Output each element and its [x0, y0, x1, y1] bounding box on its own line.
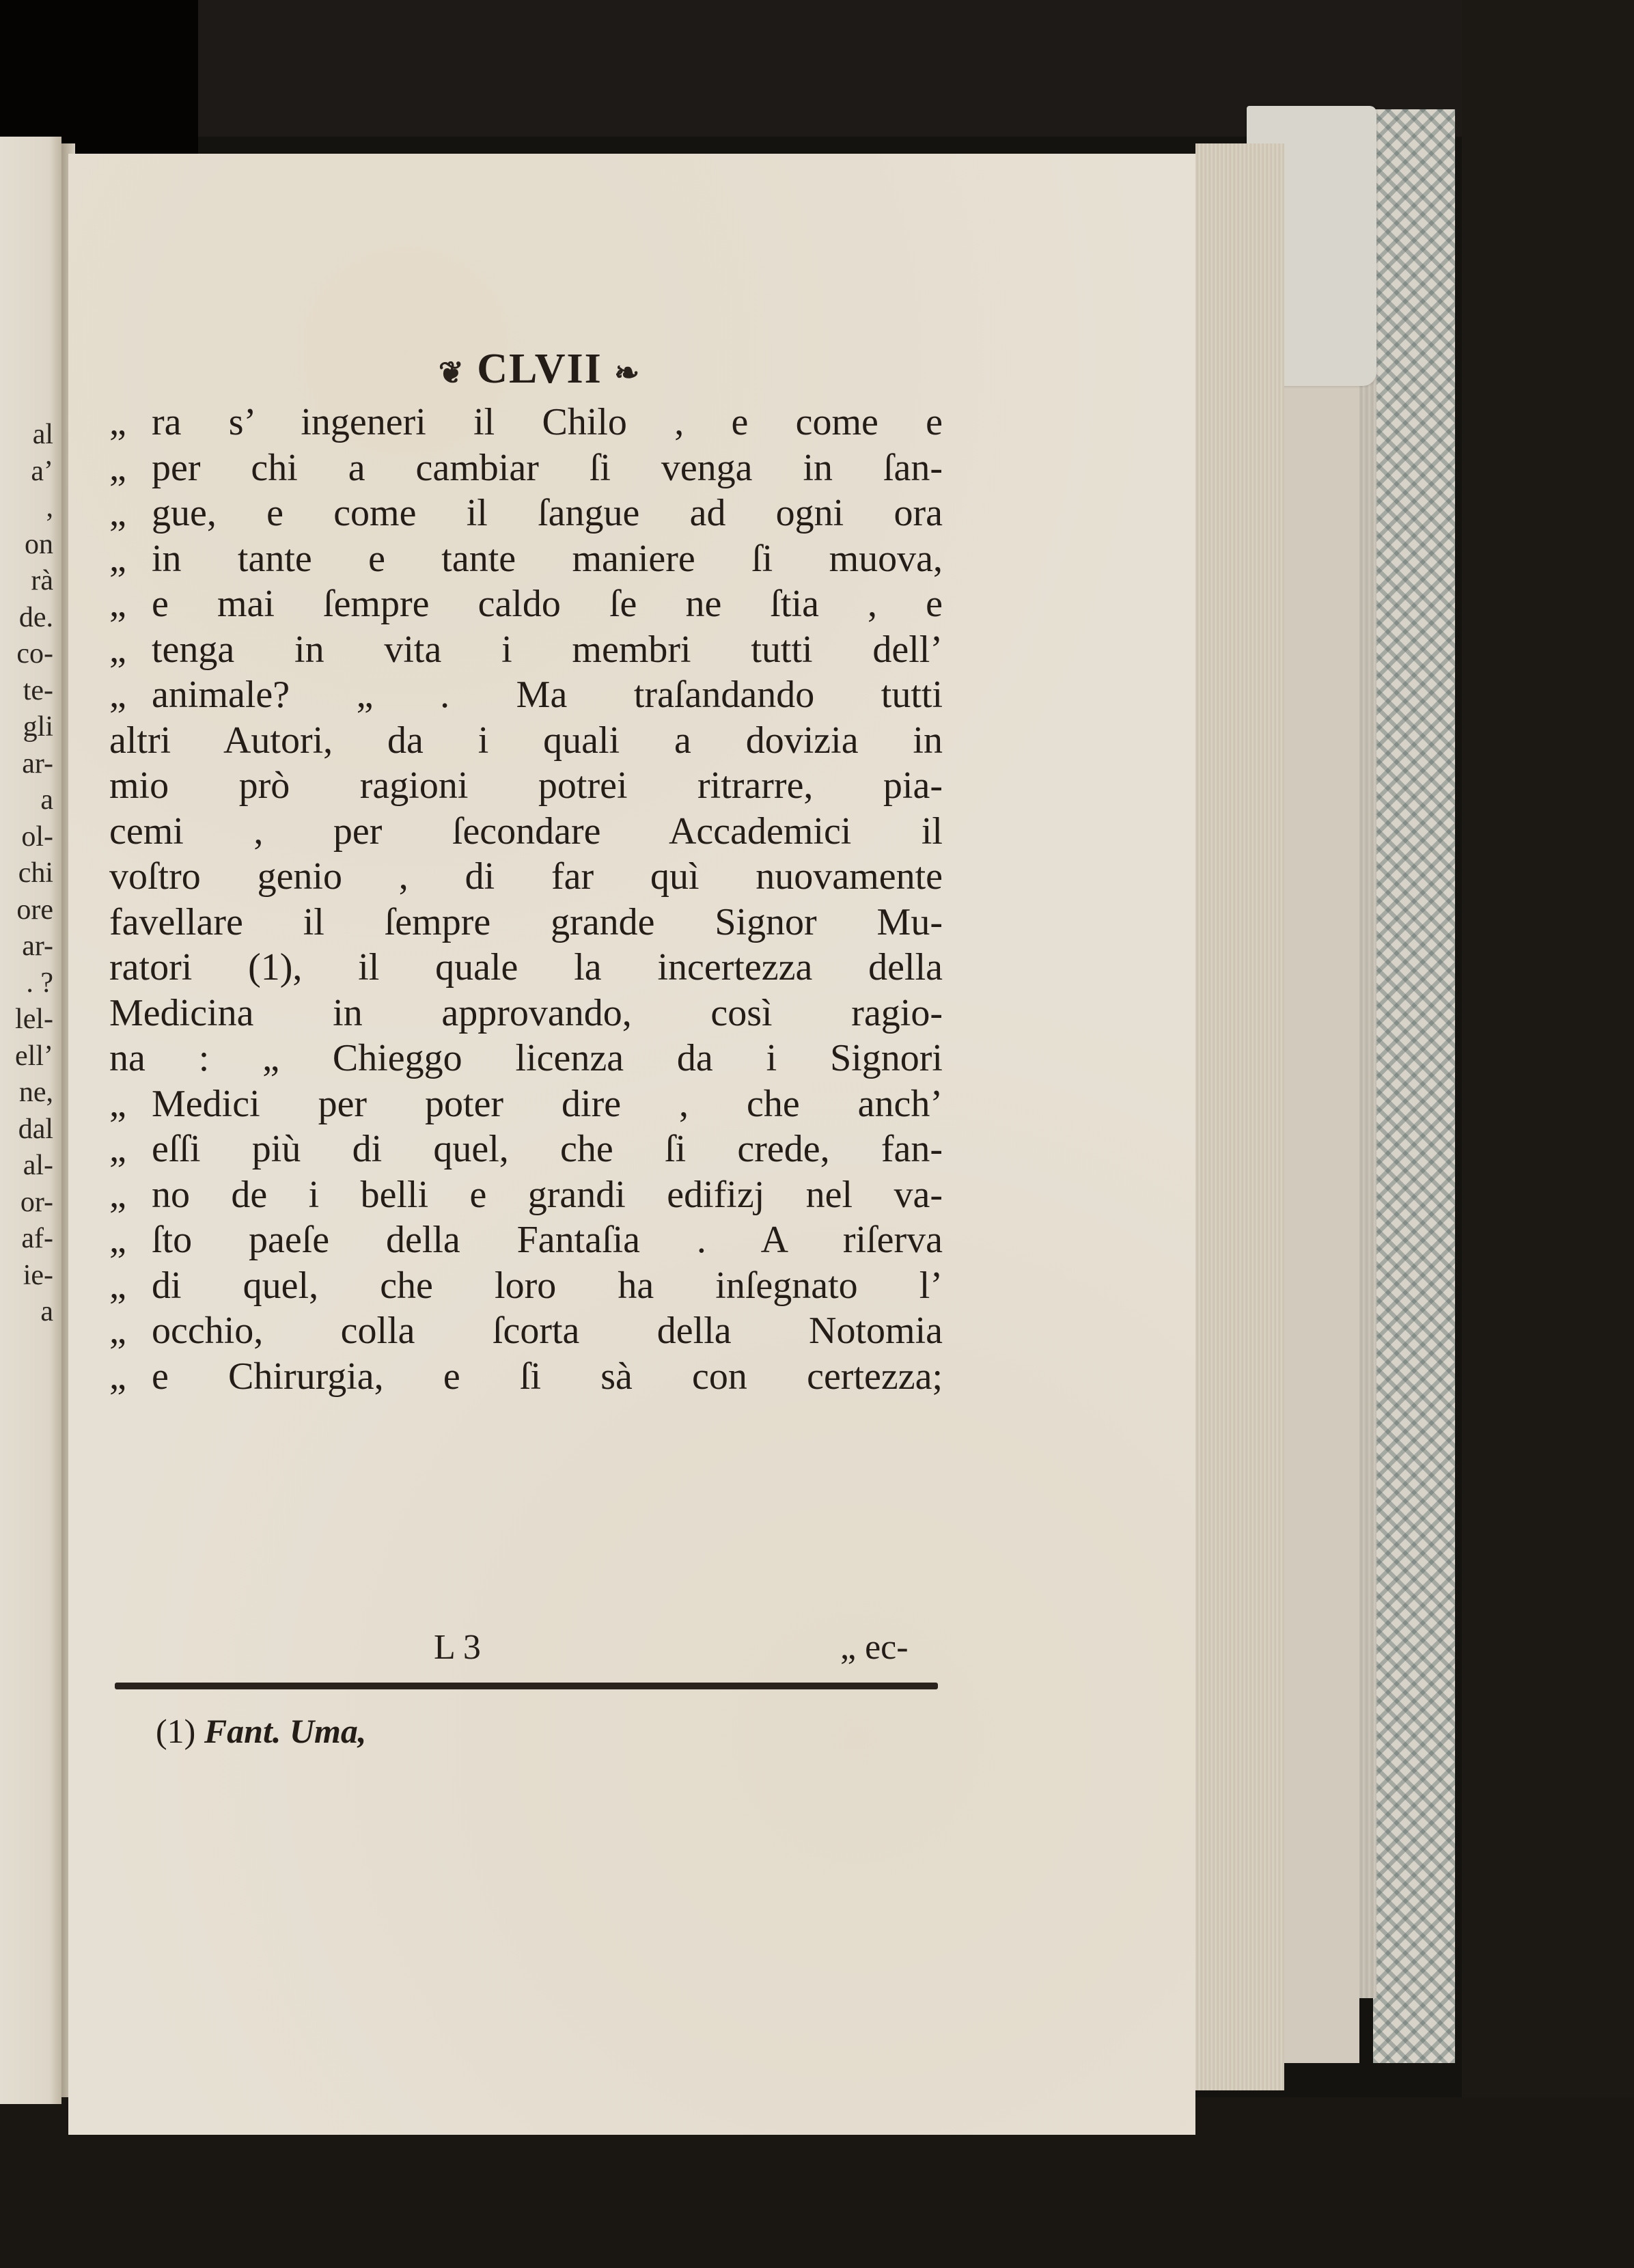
background-cloth-right [1462, 0, 1634, 2268]
line-text: na : „ Chieggo licenza da i Signori [109, 1037, 943, 1079]
footnote-rule [115, 1683, 938, 1689]
text-line: „e mai ſempre caldo ſe ne ſtia , e [109, 581, 943, 627]
quote-mark: „ [109, 627, 152, 673]
facing-fragment: a [15, 782, 53, 819]
facing-fragment: ar- [15, 928, 53, 965]
quote-mark: „ [109, 400, 152, 445]
quote-mark: „ [109, 1308, 152, 1354]
facing-fragment: te- [15, 673, 53, 710]
facing-fragment: de. [15, 600, 53, 637]
facing-fragment: ie- [15, 1258, 53, 1295]
line-text: voſtro genio , di far quì nuovamente [109, 855, 943, 898]
line-text: no de i belli e grandi edifizj nel va- [152, 1174, 943, 1216]
facing-page: al a’ , on rà de. co- te- gli ar- a ol- … [0, 137, 61, 2104]
text-line: „per chi a cambiar ſi venga in ſan- [109, 445, 943, 491]
text-line: „ra s’ ingeneri il Chilo , e come e [109, 400, 943, 445]
page-block-edges [1195, 143, 1284, 2090]
catchword: „ ec- [840, 1627, 909, 1668]
text-line: voſtro genio , di far quì nuovamente [109, 854, 943, 900]
line-text: occhio, colla ſcorta della Notomia [152, 1310, 943, 1352]
fleuron-left-icon: ❦ [439, 356, 465, 389]
quote-mark: „ [109, 1172, 152, 1218]
facing-fragment: or- [15, 1185, 53, 1221]
signature-mark: L 3 [434, 1627, 481, 1668]
text-line: favellare il ſempre grande Signor Mu- [109, 900, 943, 945]
text-line: na : „ Chieggo licenza da i Signori [109, 1036, 943, 1081]
line-text: di quel, che loro ha inſegnato l’ [152, 1264, 943, 1307]
text-line: „Medici per poter dire , che anch’ [109, 1081, 943, 1127]
line-text: eſſi più di quel, che ſi crede, fan- [152, 1128, 943, 1170]
line-text: in tante e tante maniere ſi muova, [152, 538, 943, 580]
text-line: mio prò ragioni potrei ritrarre, pia- [109, 763, 943, 809]
quote-mark: „ [109, 1354, 152, 1400]
facing-fragment: rà [15, 563, 53, 600]
facing-fragment: a [15, 1294, 53, 1331]
facing-fragment: ell’ [15, 1038, 53, 1075]
text-line: „eſſi più di quel, che ſi crede, fan- [109, 1126, 943, 1172]
quote-mark: „ [109, 490, 152, 536]
footnote-text: Fant. Uma, [204, 1712, 367, 1750]
text-line: „animale? „ . Ma traſandando tutti [109, 672, 943, 718]
quote-mark: „ [109, 672, 152, 718]
facing-fragment: af- [15, 1221, 53, 1258]
text-line: „in tante e tante maniere ſi muova, [109, 536, 943, 582]
marbled-cover-board [1373, 109, 1455, 2063]
text-line: „ſto paeſe della Fantaſia . A riſerva [109, 1217, 943, 1263]
line-text: ra s’ ingeneri il Chilo , e come e [152, 401, 943, 443]
facing-fragment: on [15, 527, 53, 564]
line-text: favellare il ſempre grande Signor Mu- [109, 901, 943, 943]
page-number-roman: CLVII [477, 346, 602, 392]
quote-mark: „ [109, 1126, 152, 1172]
facing-fragment: al [15, 417, 53, 454]
quote-mark: „ [109, 536, 152, 582]
line-text: e mai ſempre caldo ſe ne ſtia , e [152, 583, 943, 625]
text-line: cemi , per ſecondare Accademici il [109, 809, 943, 855]
facing-fragment: chi [15, 855, 53, 892]
text-line: „gue, e come il ſangue ad ogni ora [109, 490, 943, 536]
line-text: Medici per poter dire , che anch’ [152, 1083, 943, 1125]
quote-mark: „ [109, 1217, 152, 1263]
quote-mark: „ [109, 1081, 152, 1127]
footnote-marker: (1) [156, 1712, 195, 1750]
line-text: Medicina in approvando, così ragio- [109, 992, 943, 1034]
facing-fragment: ol- [15, 819, 53, 856]
text-line: Medicina in approvando, così ragio- [109, 991, 943, 1036]
facing-fragment: ore [15, 892, 53, 929]
facing-page-text: al a’ , on rà de. co- te- gli ar- a ol- … [15, 417, 53, 1331]
facing-fragment: al- [15, 1148, 53, 1185]
facing-fragment: ne, [15, 1075, 53, 1111]
background-shadow [0, 0, 198, 157]
line-text: animale? „ . Ma traſandando tutti [152, 674, 943, 716]
line-text: ratori (1), il quale la incertezza della [109, 946, 943, 988]
facing-fragment: a’ [15, 454, 53, 490]
facing-fragment: co- [15, 636, 53, 673]
line-text: altri Autori, da i quali a dovizia in [109, 719, 943, 762]
line-text: e Chirurgia, e ſi sà con certezza; [152, 1355, 943, 1398]
quote-mark: „ [109, 581, 152, 627]
facing-fragment: . ? [15, 965, 53, 1002]
running-head: ❦ CLVII ❧ [369, 345, 710, 393]
direction-line: L 3 „ ec- [109, 1627, 943, 1675]
line-text: mio prò ragioni potrei ritrarre, pia- [109, 764, 943, 807]
facing-fragment: gli [15, 709, 53, 746]
facing-fragment: lel- [15, 1001, 53, 1038]
footnote: (1) Fant. Uma, [156, 1711, 366, 1751]
fleuron-right-icon: ❧ [614, 356, 641, 389]
text-line: altri Autori, da i quali a dovizia in [109, 718, 943, 764]
text-line: „occhio, colla ſcorta della Notomia [109, 1308, 943, 1354]
line-text: cemi , per ſecondare Accademici il [109, 810, 943, 853]
body-text: „ra s’ ingeneri il Chilo , e come e „per… [109, 400, 943, 1399]
line-text: ſto paeſe della Fantaſia . A riſerva [152, 1219, 943, 1261]
text-line: ratori (1), il quale la incertezza della [109, 945, 943, 991]
text-line: „tenga in vita i membri tutti dell’ [109, 627, 943, 673]
text-line: „no de i belli e grandi edifizj nel va- [109, 1172, 943, 1218]
facing-fragment: ar- [15, 746, 53, 783]
facing-fragment: dal [15, 1111, 53, 1148]
facing-fragment: , [15, 490, 53, 527]
line-text: per chi a cambiar ſi venga in ſan- [152, 447, 943, 489]
line-text: tenga in vita i membri tutti dell’ [152, 628, 943, 671]
quote-mark: „ [109, 445, 152, 491]
cover-inner-leaf [1284, 150, 1359, 2063]
text-line: „e Chirurgia, e ſi sà con certezza; [109, 1354, 943, 1400]
text-line: „di quel, che loro ha inſegnato l’ [109, 1263, 943, 1309]
line-text: gue, e come il ſangue ad ogni ora [152, 492, 943, 534]
quote-mark: „ [109, 1263, 152, 1309]
